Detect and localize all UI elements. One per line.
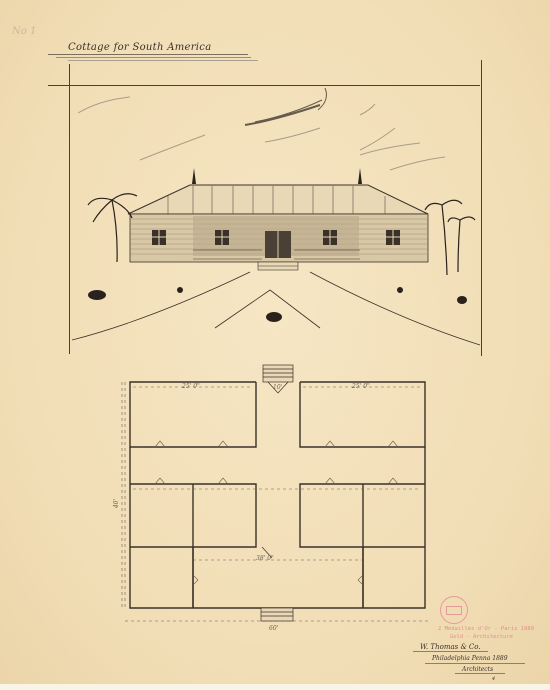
library-stamp xyxy=(440,596,468,624)
signature-mark: 4 xyxy=(492,676,495,682)
dim-left-room: 25' 0" xyxy=(182,383,200,390)
floor-plan xyxy=(0,0,550,690)
firm-name: W. Thomas & Co. xyxy=(420,643,481,651)
award-line-1: 2 Médailles d'Or - Paris 1889 xyxy=(438,626,534,632)
room-top-left xyxy=(130,382,256,447)
dim-right-room: 25' 0" xyxy=(352,383,370,390)
award-line-2: Gold - Architecture xyxy=(450,634,513,640)
firm-line-3: Architects xyxy=(462,666,493,673)
door-swings xyxy=(155,441,398,585)
front-steps-plan xyxy=(261,608,293,621)
room-top-right xyxy=(300,382,425,447)
signature-rule xyxy=(425,663,525,664)
dim-porch: 10' xyxy=(273,384,282,391)
signature-rule xyxy=(455,673,505,674)
firm-location: Philadelphia Penna 1889 xyxy=(432,655,508,662)
signature-rule xyxy=(413,651,488,652)
rear-steps xyxy=(263,365,293,382)
dim-total-width: 60' xyxy=(269,625,278,632)
dim-hall: 38' 0" xyxy=(256,555,274,562)
dim-total-depth: 40' xyxy=(113,499,120,508)
